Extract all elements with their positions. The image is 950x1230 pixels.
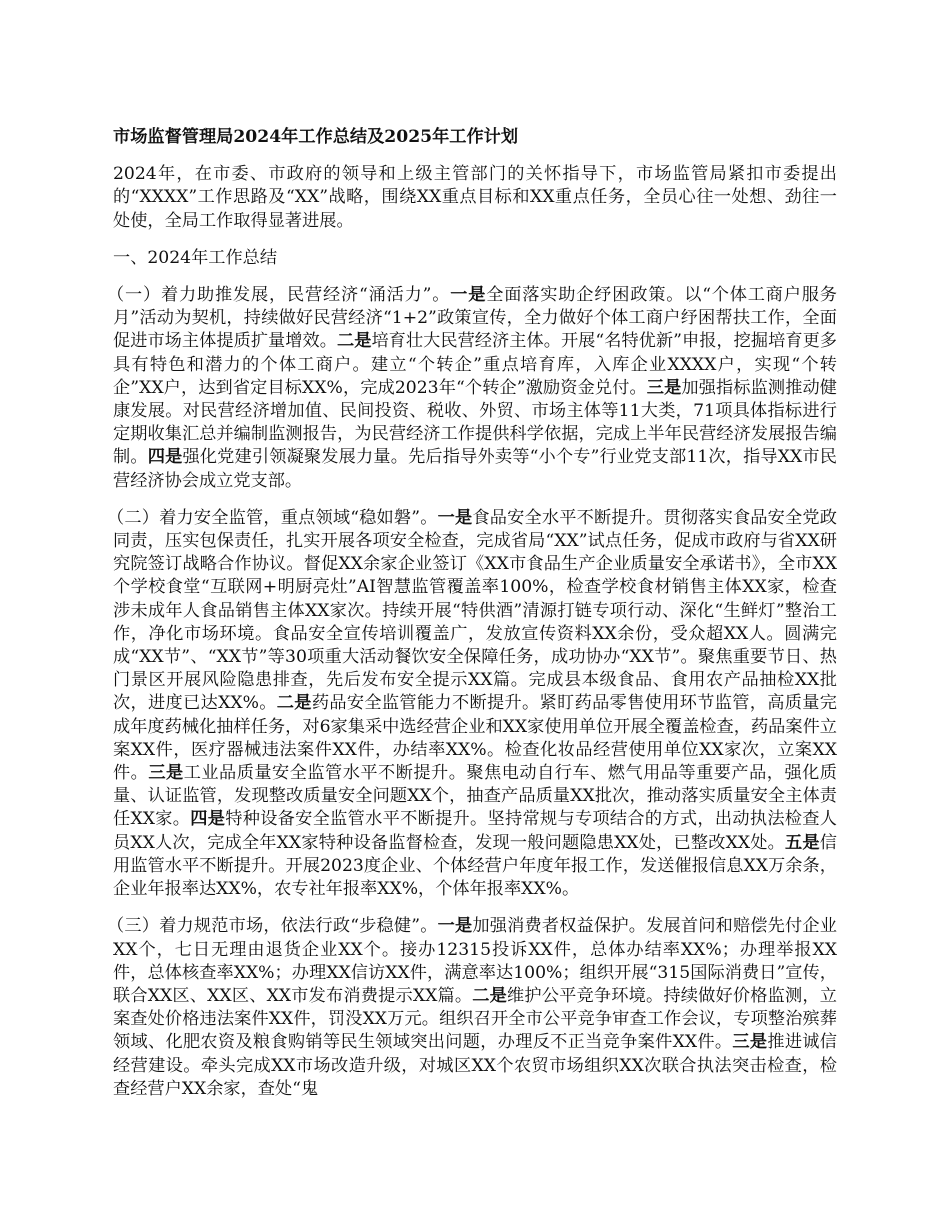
section-3-opening: （三）着力规范市场，依法行政“步稳健”。	[107, 916, 438, 936]
item-lead: 一是	[438, 508, 473, 528]
item-lead: 一是	[438, 916, 473, 936]
intro-paragraph: 2024年，在市委、市政府的领导和上级主管部门的关怀指导下，市场监管局紧扣市委提…	[113, 163, 837, 233]
item-lead: 一是	[450, 285, 486, 305]
item-lead: 三是	[148, 763, 183, 783]
section-1-paragraph: （一）着力助推发展，民营经济“涌活力”。一是全面落实助企纾困政策。以“个体工商户…	[113, 284, 837, 493]
item-text: 食品安全水平不断提升。贯彻落实食品安全党政同责，压实包保责任，扎实开展各项安全检…	[113, 508, 837, 714]
section-heading: 一、2024年工作总结	[113, 247, 837, 270]
section-1-opening: （一）着力助推发展，民营经济“涌活力”。	[107, 285, 450, 305]
section-3-paragraph: （三）着力规范市场，依法行政“步稳健”。一是加强消费者权益保护。发展首问和赔偿先…	[113, 915, 837, 1101]
section-2-opening: （二）着力安全监管，重点领域“稳如磐”。	[107, 508, 438, 528]
document-page: 市场监督管理局2024年工作总结及2025年工作计划 2024年，在市委、市政府…	[113, 126, 837, 1115]
document-title: 市场监督管理局2024年工作总结及2025年工作计划	[113, 126, 837, 149]
item-lead: 四是	[148, 447, 183, 467]
item-lead: 三是	[732, 1032, 767, 1052]
section-2-paragraph: （二）着力安全监管，重点领域“稳如磐”。一是食品安全水平不断提升。贯彻落实食品安…	[113, 507, 837, 901]
item-lead: 二是	[337, 331, 371, 351]
item-lead: 二是	[277, 693, 312, 713]
item-lead: 二是	[472, 986, 507, 1006]
item-lead: 四是	[190, 809, 225, 829]
item-lead: 三是	[647, 378, 682, 398]
item-text: 强化党建引领凝聚发展力量。先后指导外卖等“小个专”行业党支部11次，指导XX市民…	[113, 447, 837, 490]
item-lead: 五是	[785, 833, 820, 853]
